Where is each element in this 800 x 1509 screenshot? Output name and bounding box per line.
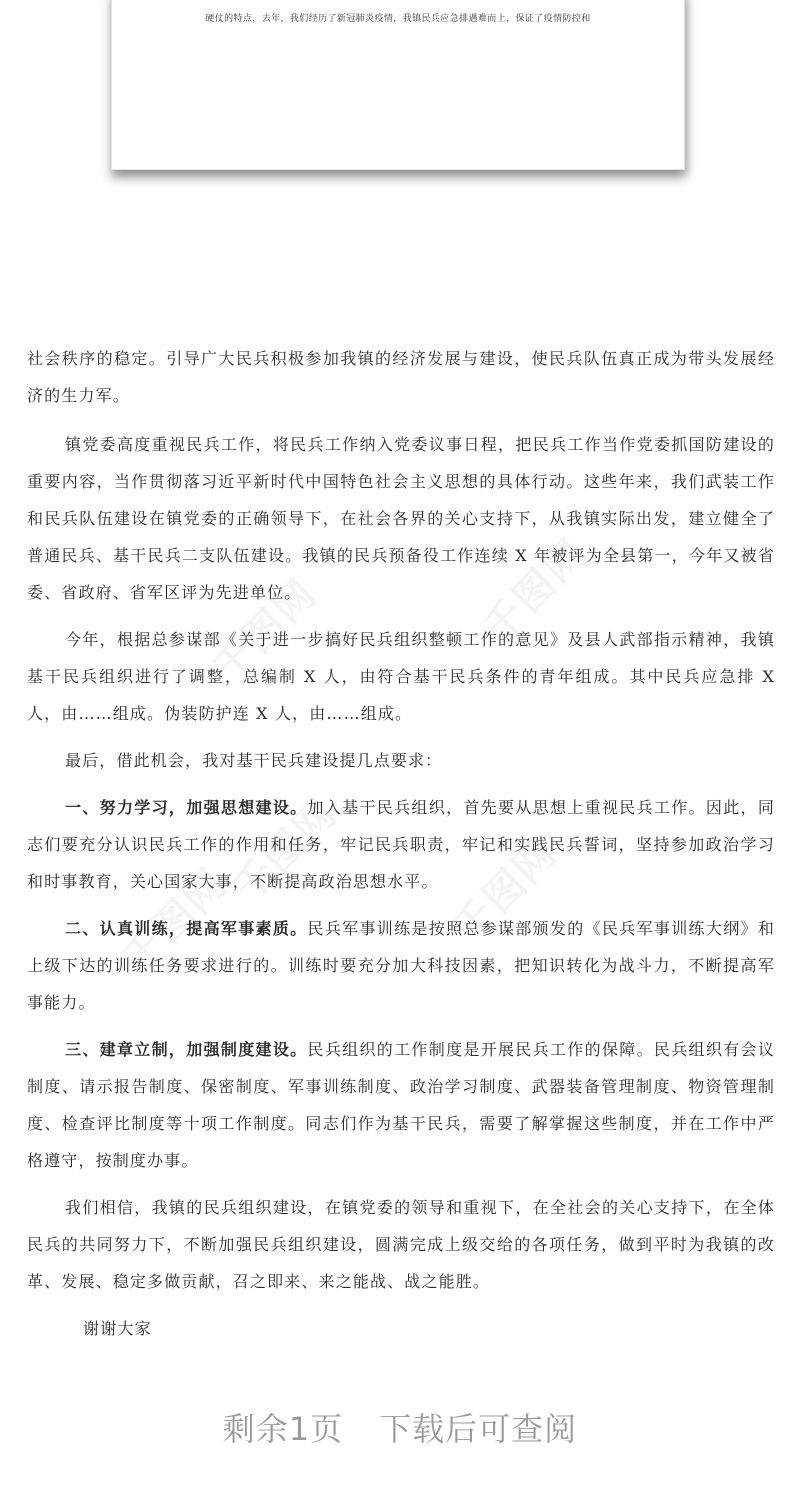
paragraph-0: 社会秩序的稳定。引导广大民兵积极参加我镇的经济发展与建设，使民兵队伍真正成为带头…	[27, 340, 775, 414]
paragraph-text: 社会秩序的稳定。引导广大民兵积极参加我镇的经济发展与建设，使民兵队伍真正成为带头…	[27, 349, 775, 405]
paragraph-1: 镇党委高度重视民兵工作，将民兵工作纳入党委议事日程，把民兵工作当作党委抓国防建设…	[27, 426, 775, 611]
remaining-pages-label: 剩余1页	[223, 1410, 343, 1448]
paragraph-text: 民兵组织的工作制度是开展民兵工作的保障。民兵组织有会议制度、请示报告制度、保密制…	[27, 1040, 775, 1170]
requirement-1: 一、努力学习，加强思想建设。加入基干民兵组织，首先要从思想上重视民兵工作。因此，…	[27, 789, 775, 900]
download-to-view-banner[interactable]: 剩余1页下载后可查阅	[0, 1404, 800, 1450]
paragraph-text: 镇党委高度重视民兵工作，将民兵工作纳入党委议事日程，把民兵工作当作党委抓国防建设…	[27, 435, 775, 602]
requirement-heading: 二、认真训练，提高军事素质。	[65, 919, 308, 938]
requirement-2: 二、认真训练，提高军事素质。民兵军事训练是按照总参谋部颁发的《民兵军事训练大纲》…	[27, 910, 775, 1021]
paragraph-text: 最后，借此机会，我对基干民兵建设提几点要求：	[65, 751, 442, 770]
closing-thanks: 谢谢大家	[83, 1310, 775, 1347]
paragraph-text: 今年，根据总参谋部《关于进一步搞好民兵组织整顿工作的意见》及县人武部指示精神，我…	[27, 630, 775, 723]
paragraph-closing-statement: 我们相信，我镇的民兵组织建设，在镇党委的领导和重视下，在全社会的关心支持下，在全…	[27, 1189, 775, 1300]
document-body: 社会秩序的稳定。引导广大民兵积极参加我镇的经济发展与建设，使民兵队伍真正成为带头…	[27, 340, 775, 1347]
download-action-label[interactable]: 下载后可查阅	[379, 1410, 577, 1448]
requirement-3: 三、建章立制，加强制度建设。民兵组织的工作制度是开展民兵工作的保障。民兵组织有会…	[27, 1031, 775, 1179]
requirement-heading: 三、建章立制，加强制度建设。	[65, 1040, 308, 1059]
preview-text-line: 硬仗的特点，去年，我们经历了新冠肺炎疫情，我镇民兵应急排遇难而上，保证了疫情防控…	[112, 11, 684, 24]
preview-page-card: 硬仗的特点，去年，我们经历了新冠肺炎疫情，我镇民兵应急排遇难而上，保证了疫情防控…	[111, 0, 685, 170]
paragraph-2: 今年，根据总参谋部《关于进一步搞好民兵组织整顿工作的意见》及县人武部指示精神，我…	[27, 621, 775, 732]
paragraph-3: 最后，借此机会，我对基干民兵建设提几点要求：	[27, 742, 775, 779]
paragraph-text: 我们相信，我镇的民兵组织建设，在镇党委的领导和重视下，在全社会的关心支持下，在全…	[27, 1198, 775, 1291]
requirement-heading: 一、努力学习，加强思想建设。	[65, 798, 308, 817]
